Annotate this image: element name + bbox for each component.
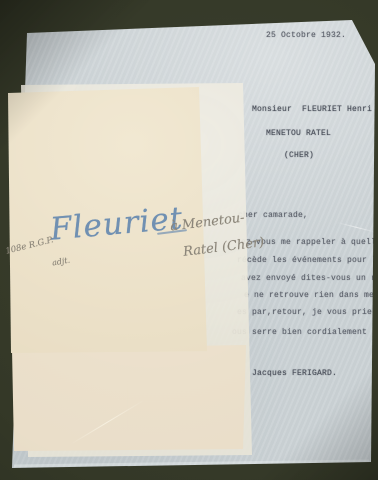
body-fragment-line: e ne retrouve rien dans mes [244, 291, 378, 300]
signature: Jacques FERIGARD. [252, 369, 337, 378]
body-fragment-line: ous serre bien cordialement la [232, 328, 378, 337]
recipient-department: (CHER) [284, 151, 314, 160]
body-fragment-line: avez envoyé dites-vous un réc [241, 274, 378, 283]
body-fragment-line: es par,retour, je vous prie, [237, 308, 377, 317]
scanned-document: 25 Octobre 1932. Monsieur FLEURIET Henri… [0, 0, 378, 480]
body-fragment-line: récède les événements pour le [237, 256, 378, 265]
paper-crease [70, 400, 144, 445]
recipient-town: MENETOU RATEL [266, 129, 331, 138]
letter-date: 25 Octobre 1932. [266, 31, 346, 40]
salutation-fragment: cher camarade, [238, 211, 308, 220]
paper-crease [336, 222, 377, 233]
recipient-name: Monsieur FLEURIET Henri [252, 105, 372, 114]
paper-edge-highlight [14, 460, 369, 467]
